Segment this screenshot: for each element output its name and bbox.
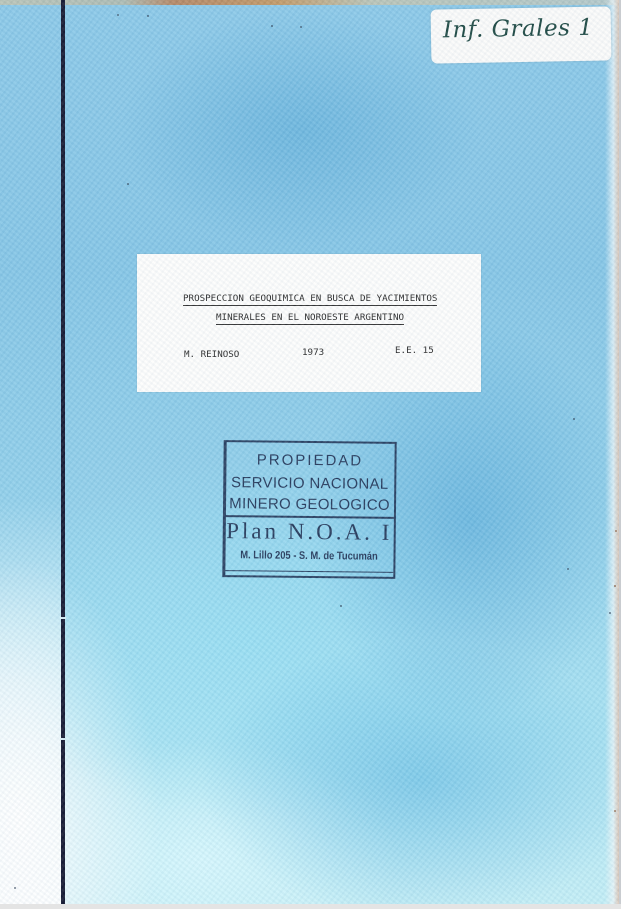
speck — [609, 612, 611, 614]
stamp-plan-line: Plan N.O.A. I — [223, 518, 396, 546]
speck — [614, 810, 616, 812]
report-cover: Inf. Grales 1 PROSPECCION GEOQUIMICA EN … — [0, 0, 621, 904]
speck — [573, 418, 575, 420]
document-code: E.E. 15 — [395, 345, 434, 356]
ownership-stamp: PROPIEDAD SERVICIO NACIONAL MINERO GEOLO… — [222, 440, 396, 579]
speck — [271, 25, 273, 27]
speck — [300, 26, 302, 28]
speck — [614, 585, 616, 587]
author: M. REINOSO — [184, 349, 239, 360]
binding-line-gap — [60, 738, 66, 740]
stamp-address-line: M. Lillo 205 - S. M. de Tucumán — [235, 549, 382, 563]
binding-line-gap — [60, 617, 66, 619]
speck — [340, 605, 342, 607]
speck — [117, 14, 119, 16]
speck — [615, 530, 617, 532]
speck — [127, 183, 129, 185]
title-line-2: MINERALES EN EL NOROESTE ARGENTINO — [216, 312, 404, 325]
speck — [567, 568, 569, 570]
handwritten-tag-text: Inf. Grales 1 — [443, 15, 594, 44]
stamp-line-2: SERVICIO NACIONAL — [223, 474, 396, 493]
year: 1973 — [302, 347, 324, 358]
title-label: PROSPECCION GEOQUIMICA EN BUSCA DE YACIM… — [137, 254, 481, 392]
binding-line — [61, 0, 65, 904]
cover-left-margin — [0, 0, 61, 904]
cover-top-edge — [0, 0, 619, 5]
stamp-line-1: PROPIEDAD — [223, 451, 396, 470]
cover-right-edge — [605, 0, 619, 904]
handwritten-tag: Inf. Grales 1 — [431, 6, 612, 63]
stamp-line-3: MINERO GEOLOGICO — [223, 495, 396, 514]
speck — [14, 887, 16, 889]
title-line-1: PROSPECCION GEOQUIMICA EN BUSCA DE YACIM… — [183, 293, 437, 306]
speck — [147, 15, 149, 17]
